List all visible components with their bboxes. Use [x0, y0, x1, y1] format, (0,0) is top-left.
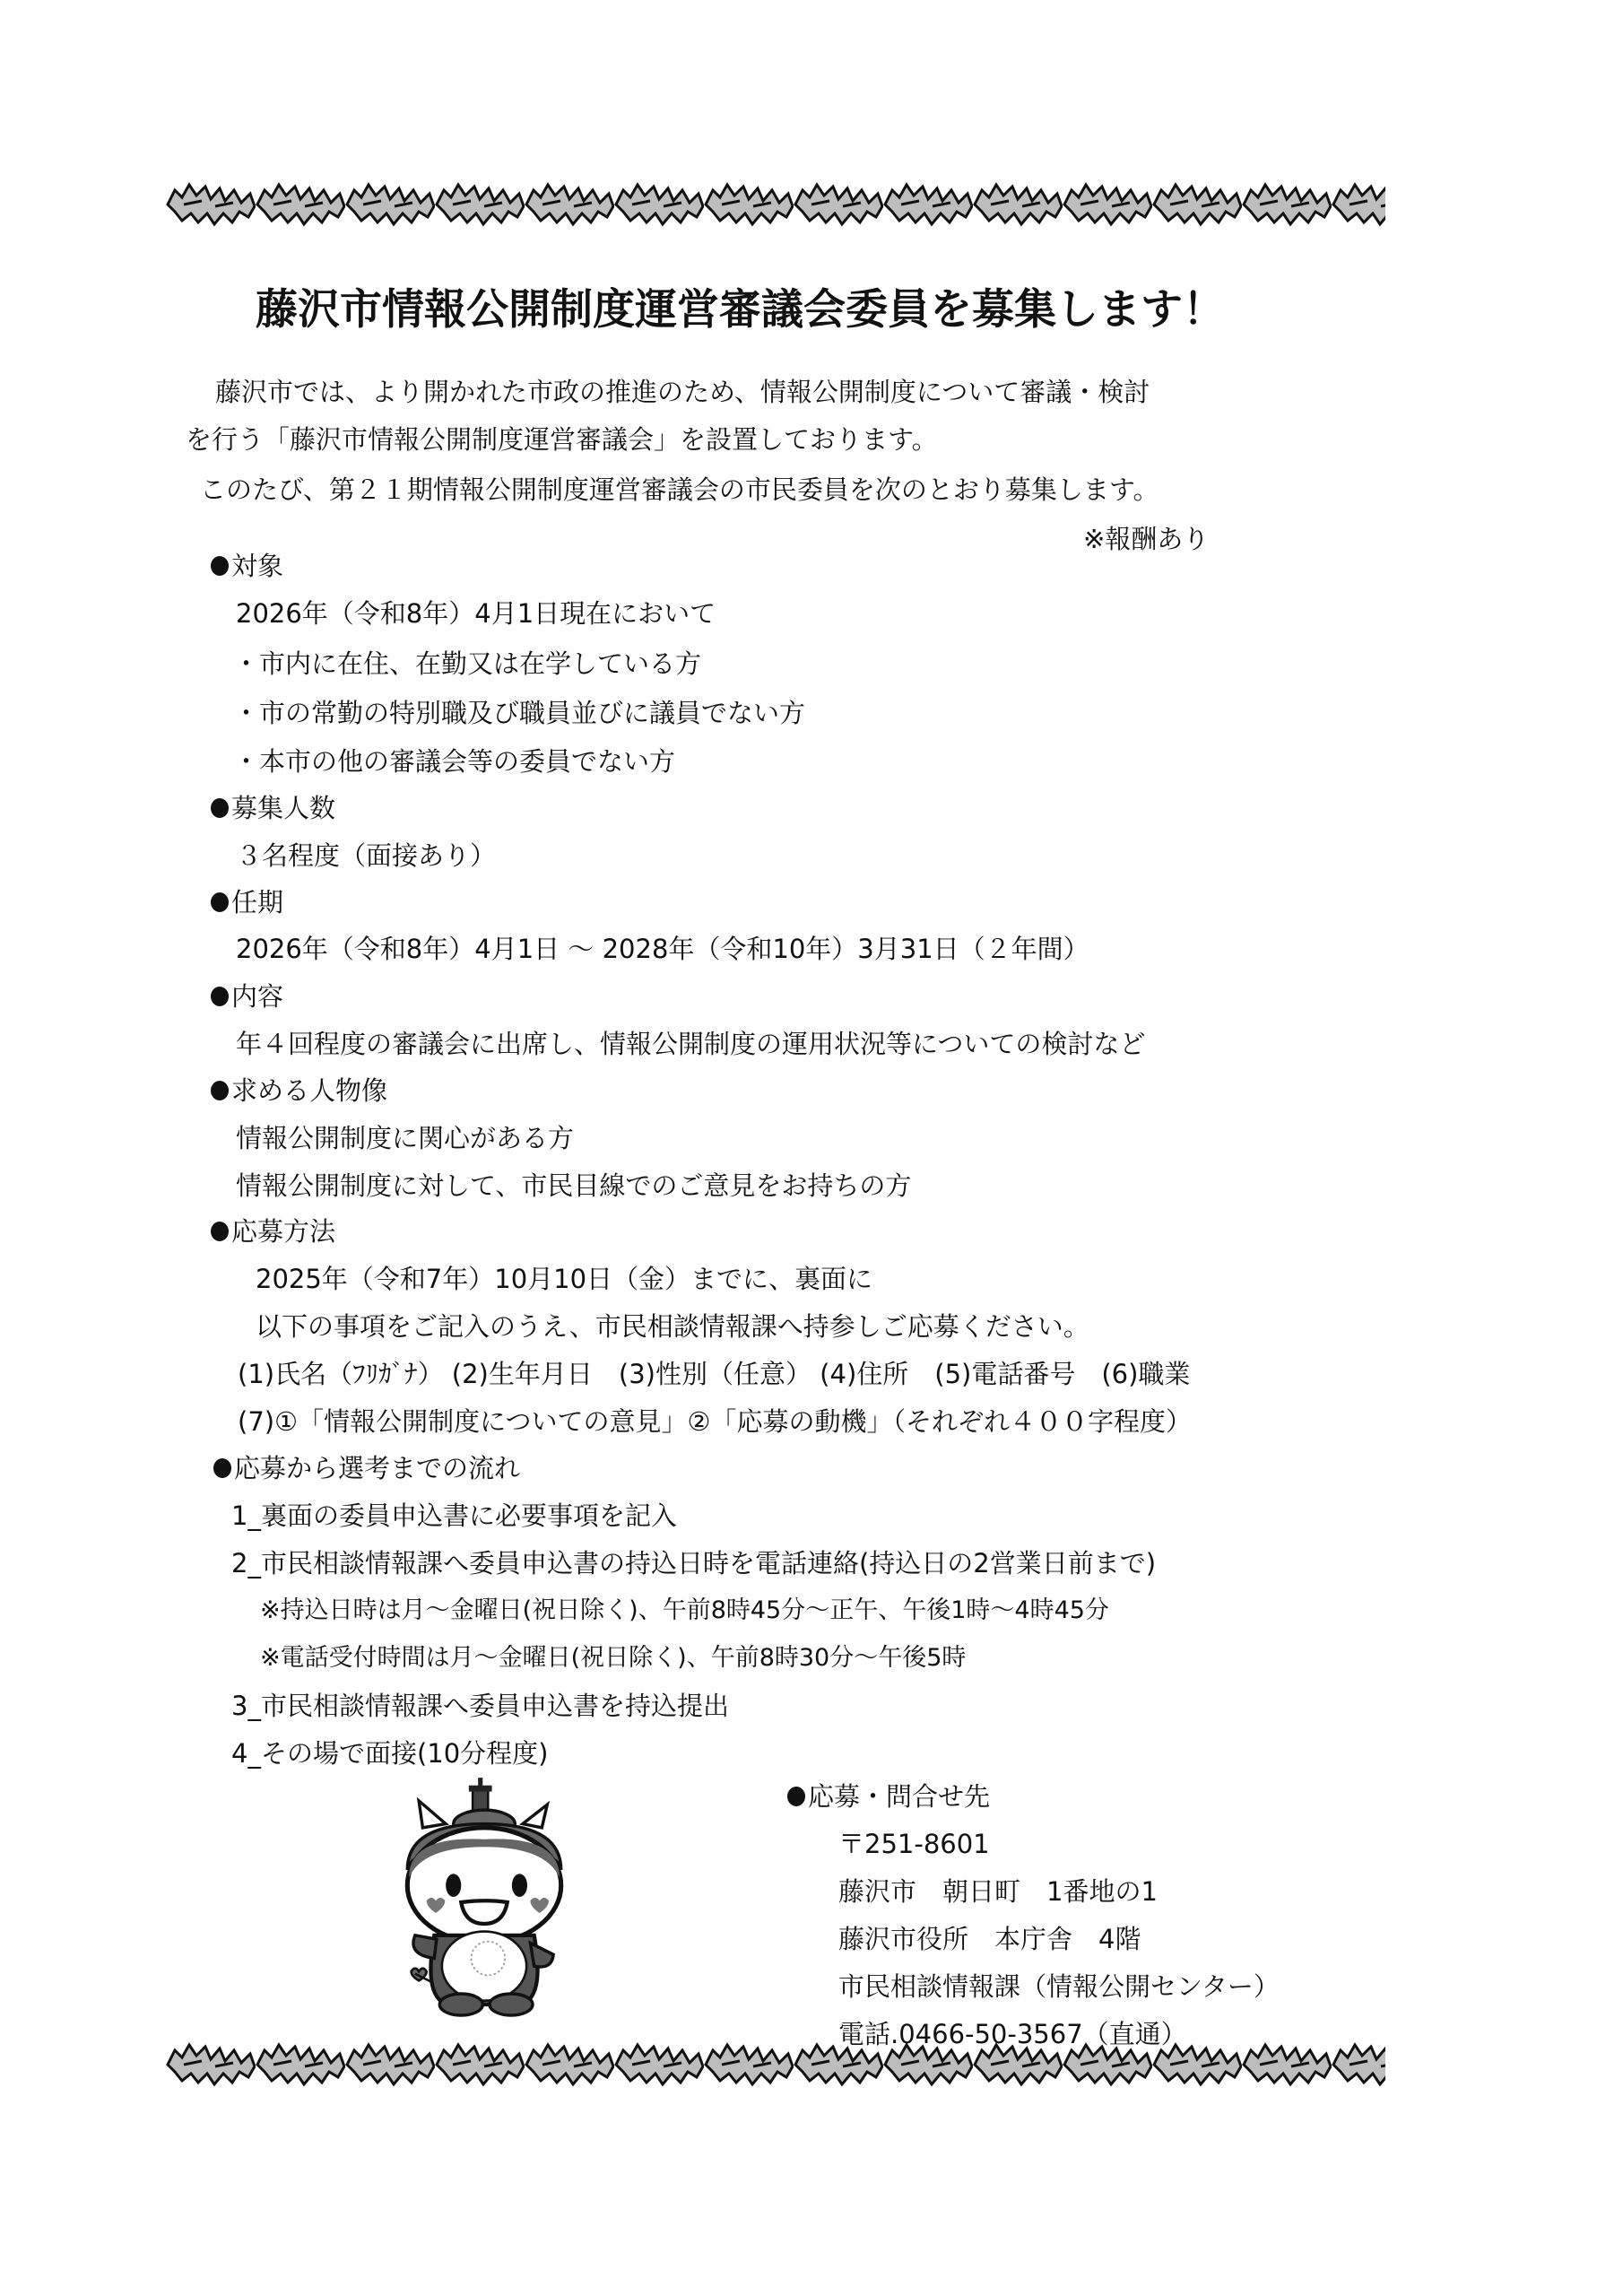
section-heading-term: 任期 — [211, 886, 283, 918]
application-deadline: 2025年（令和7年）10月10日（金）までに、裏面に — [256, 1263, 872, 1295]
contact-address: 藤沢市 朝日町 1番地の1 — [838, 1875, 1158, 1908]
intro-line-3: このたび、第２１期情報公開制度運営審議会の市民委員を次のとおり募集します。 — [200, 474, 1159, 506]
bullet-icon — [211, 892, 229, 912]
term-period: 2026年（令和8年）4月1日 ～ 2028年（令和10年）3月31日（２年間） — [236, 933, 1089, 965]
bullet-icon — [211, 1081, 229, 1100]
heading-text: 対象 — [231, 551, 283, 581]
heading-text: 応募方法 — [231, 1216, 335, 1247]
application-instructions: 以下の事項をご記入のうえ、市民相談情報課へ持参しご応募ください。 — [256, 1310, 1089, 1343]
heading-text: 求める人物像 — [231, 1075, 387, 1106]
bullet-icon — [211, 556, 229, 576]
flow-step-3: 3_市民相談情報課へ委員申込書を持込提出 — [231, 1690, 729, 1722]
section-heading-recruitment-count: 募集人数 — [211, 792, 335, 824]
section-heading-contact: 応募・問合せ先 — [787, 1780, 990, 1813]
eligibility-item: ・本市の他の審議会等の委員でない方 — [233, 745, 675, 778]
heading-text: 応募から選考までの流れ — [234, 1453, 520, 1483]
eligibility-date: 2026年（令和8年）4月1日現在において — [236, 597, 716, 630]
desired-profile-item: 情報公開制度に対して、市民目線でのご意見をお持ちの方 — [236, 1170, 911, 1202]
application-essays: (7)①「情報公開制度についての意見」②「応募の動機」（それぞれ４００字程度） — [238, 1405, 1192, 1438]
mascot-illustration — [377, 1762, 592, 2031]
bullet-icon — [211, 1222, 229, 1241]
recruitment-count: ３名程度（面接あり） — [236, 839, 496, 872]
bullet-icon — [787, 1787, 805, 1806]
section-heading-content: 内容 — [211, 980, 283, 1013]
heading-text: 内容 — [231, 981, 283, 1012]
page-title: 藤沢市情報公開制度運営審議会委員を募集します！ — [256, 276, 1412, 336]
section-heading-application-method: 応募方法 — [211, 1215, 335, 1248]
flow-note-phone-hours: ※電話受付時間は月～金曜日(祝日除く)、午前8時30分～午後5時 — [260, 1642, 966, 1674]
section-heading-selection-flow: 応募から選考までの流れ — [213, 1452, 520, 1484]
heading-text: 応募・問合せ先 — [808, 1781, 990, 1812]
intro-line-2: を行う「藤沢市情報公開制度運営審議会」を設置しております。 — [186, 423, 938, 456]
bullet-icon — [211, 987, 229, 1006]
heading-text: 任期 — [231, 887, 283, 918]
flyer-page: 藤沢市情報公開制度運営審議会委員を募集します！ 藤沢市では、より開かれた市政の推… — [0, 0, 1623, 2296]
contact-department: 市民相談情報課（情報公開センター） — [838, 1970, 1280, 2003]
application-fields: (1)氏名（ﾌﾘｶﾞﾅ） (2)生年月日 (3)性別（任意） (4)住所 (5)… — [238, 1358, 1190, 1390]
eligibility-item: ・市内に在住、在勤又は在学している方 — [233, 648, 701, 680]
flow-step-1: 1_裏面の委員申込書に必要事項を記入 — [231, 1500, 677, 1532]
contact-building: 藤沢市役所 本庁舎 4階 — [838, 1923, 1141, 1955]
section-heading-eligibility: 対象 — [211, 550, 283, 582]
flow-step-2: 2_市民相談情報課へ委員申込書の持込日時を電話連絡(持込日の2営業日前まで) — [231, 1547, 1156, 1579]
flow-note-dropoff-hours: ※持込日時は月～金曜日(祝日除く)、午前8時45分～正午、午後1時～4時45分 — [260, 1595, 1109, 1627]
remuneration-note: ※報酬あり — [1083, 523, 1209, 555]
content-description: 年４回程度の審議会に出席し、情報公開制度の運用状況等についての検討など — [236, 1028, 1145, 1060]
bullet-icon — [211, 798, 229, 818]
heading-text: 募集人数 — [231, 793, 335, 823]
contact-postal-code: 〒251-8601 — [838, 1828, 990, 1860]
bullet-icon — [213, 1458, 231, 1478]
intro-line-1: 藤沢市では、より開かれた市政の推進のため、情報公開制度について審議・検討 — [215, 376, 1150, 408]
desired-profile-item: 情報公開制度に関心がある方 — [236, 1122, 574, 1154]
decorative-border-bottom — [166, 2038, 1385, 2090]
eligibility-item: ・市の常勤の特別職及び職員並びに議員でない方 — [233, 697, 805, 729]
decorative-border-top — [166, 178, 1385, 230]
section-heading-desired-profile: 求める人物像 — [211, 1074, 387, 1107]
